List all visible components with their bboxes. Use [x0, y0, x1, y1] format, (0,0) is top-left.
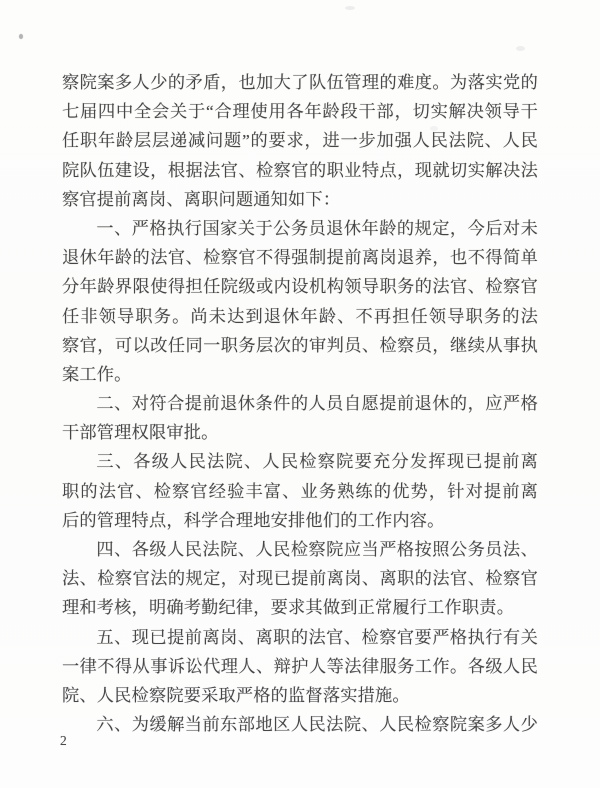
- text-line: 七届四中全会关于“合理使用各年龄段干部，切实解决领导干部: [62, 97, 538, 126]
- text-line: 四、各级人民法院、人民检察院应当严格按照公务员法、法官: [62, 535, 538, 564]
- text-line: 一律不得从事诉讼代理人、辩护人等法律服务工作。各级人民法: [62, 652, 538, 681]
- scan-speck-icon: [516, 46, 525, 51]
- text-line: 理和考核，明确考勤纪律，要求其做到正常履行工作职责。: [62, 593, 538, 622]
- text-line: 察官提前离岗、离职问题通知如下：: [62, 185, 538, 214]
- page-number: 2: [60, 733, 67, 749]
- text-line: 退休年龄的法官、检察官不得强制提前离岗退养，也不得简单地划: [62, 243, 538, 272]
- text-line: 三、各级人民法院、人民检察院要充分发挥现已提前离岗、离: [62, 447, 538, 476]
- scan-speck-icon: [345, 6, 355, 10]
- text-line: 六、为缓解当前东部地区人民法院、人民检察院案多人少和中: [62, 710, 538, 739]
- text-line: 案工作。: [62, 360, 538, 389]
- text-line: 察院案多人少的矛盾，也加大了队伍管理的难度。为落实党的十: [62, 68, 538, 97]
- text-line: 二、对符合提前退休条件的人员自愿提前退休的，应严格按照: [62, 389, 538, 418]
- scan-speck-icon: [19, 34, 23, 39]
- text-line: 职的法官、检察官经验丰富、业务熟练的优势，针对提前离岗、离职: [62, 477, 538, 506]
- text-line: 任职年龄层层递减问题”的要求，进一步加强人民法院、人民检察: [62, 126, 538, 155]
- text-line: 院队伍建设，根据法官、检察官的职业特点，现就切实解决法官、检: [62, 156, 538, 185]
- text-line: 任非领导职务。尚未达到退休年龄、不再担任领导职务的法官、检: [62, 302, 538, 331]
- text-line: 干部管理权限审批。: [62, 418, 538, 447]
- text-line: 分年龄界限使得担任院级或内设机构领导职务的法官、检察官改: [62, 272, 538, 301]
- text-line: 院、人民检察院要采取严格的监督落实措施。: [62, 681, 538, 710]
- text-line: 后的管理特点，科学合理地安排他们的工作内容。: [62, 506, 538, 535]
- text-line: 五、现已提前离岗、离职的法官、检察官要严格执行有关规定，: [62, 623, 538, 652]
- text-line: 一、严格执行国家关于公务员退休年龄的规定，今后对未达到: [62, 214, 538, 243]
- text-line: 察官，可以改任同一职务层次的审判员、检察员，继续从事执法办: [62, 331, 538, 360]
- text-block: 察院案多人少的矛盾，也加大了队伍管理的难度。为落实党的十七届四中全会关于“合理使…: [62, 68, 538, 739]
- text-line: 法、检察官法的规定，对现已提前离岗、离职的法官、检察官进行管: [62, 564, 538, 593]
- document-page: 察院案多人少的矛盾，也加大了队伍管理的难度。为落实党的十七届四中全会关于“合理使…: [0, 0, 600, 788]
